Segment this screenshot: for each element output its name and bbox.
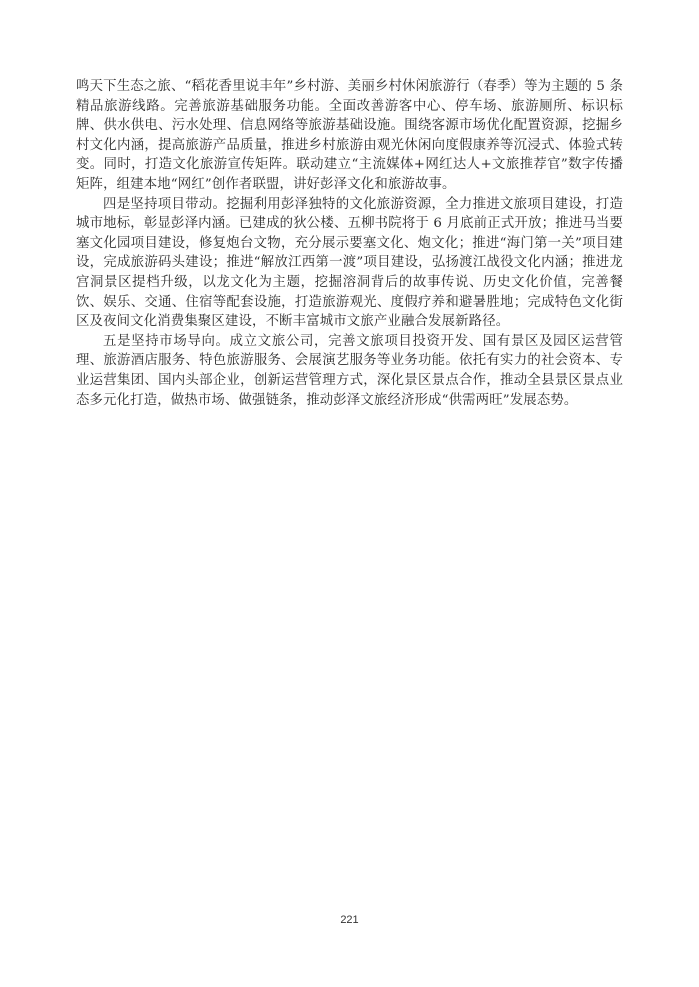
paragraph-market-oriented: 五是坚持市场导向。成立文旅公司，完善文旅项目投资开发、国有景区及园区运营管理、旅… — [76, 332, 623, 410]
paragraph-project-driven: 四是坚持项目带动。挖掘利用彭泽独特的文化旅游资源，全力推进文旅项目建设，打造城市… — [76, 195, 623, 332]
page-number: 221 — [0, 914, 699, 926]
paragraph-continuation: 鸣天下生态之旅、“稻花香里说丰年”乡村游、美丽乡村休闲旅游行（春季）等为主题的 … — [76, 77, 623, 195]
document-body: 鸣天下生态之旅、“稻花香里说丰年”乡村游、美丽乡村休闲旅游行（春季）等为主题的 … — [76, 77, 623, 410]
